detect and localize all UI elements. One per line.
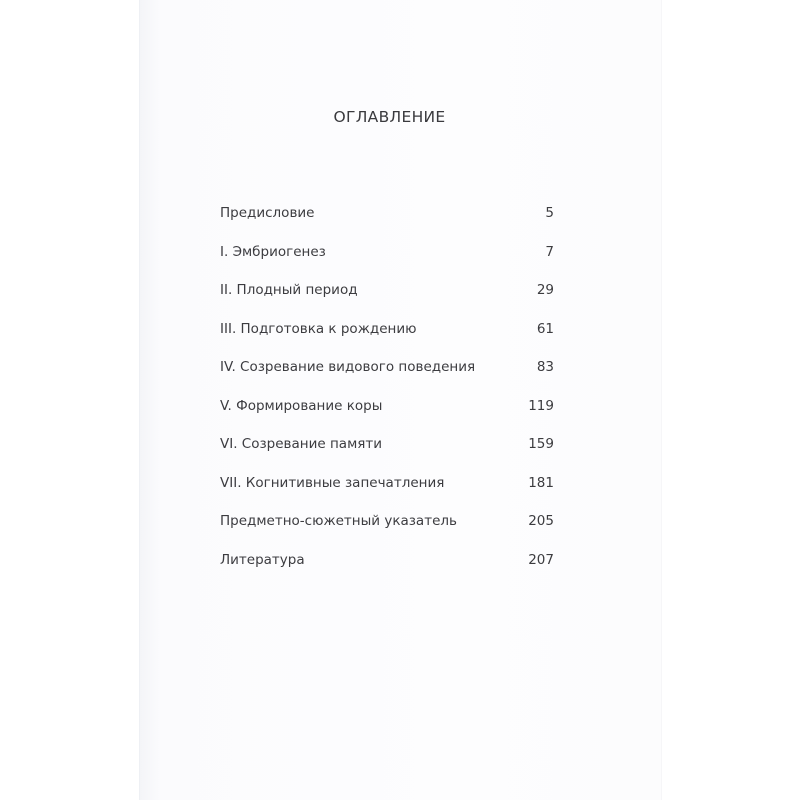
toc-entry-label: Литература <box>220 552 305 568</box>
toc-entry-page-number: 83 <box>537 359 554 375</box>
toc-entry: VI. Созревание памяти 159 <box>220 436 554 475</box>
toc-entry-label: Предисловие <box>220 205 314 221</box>
toc-entry-label: VI. Созревание памяти <box>220 436 382 452</box>
toc-entry-label: IV. Созревание видового поведения <box>220 359 475 375</box>
toc-entry: II. Плодный период 29 <box>220 282 554 321</box>
toc-entry-label: V. Формирование коры <box>220 398 382 414</box>
table-of-contents: Предисловие 5 I. Эмбриогенез 7 II. Плодн… <box>220 205 554 590</box>
toc-entry-page-number: 61 <box>537 321 554 337</box>
toc-entry: III. Подготовка к рождению 61 <box>220 321 554 360</box>
toc-entry-label: Предметно-сюжетный указатель <box>220 513 457 529</box>
toc-entry-label: III. Подготовка к рождению <box>220 321 416 337</box>
toc-entry-page-number: 207 <box>528 552 554 568</box>
toc-entry-page-number: 29 <box>537 282 554 298</box>
toc-entry: VII. Когнитивные запечатления 181 <box>220 475 554 514</box>
toc-entry: Литература 207 <box>220 552 554 591</box>
toc-title: ОГЛАВЛЕНИЕ <box>140 108 661 126</box>
toc-entry-page-number: 205 <box>528 513 554 529</box>
toc-entry: Предметно-сюжетный указатель 205 <box>220 513 554 552</box>
toc-entry: Предисловие 5 <box>220 205 554 244</box>
toc-entry: IV. Созревание видового поведения 83 <box>220 359 554 398</box>
toc-entry-label: I. Эмбриогенез <box>220 244 326 260</box>
toc-entry-page-number: 7 <box>545 244 554 260</box>
toc-entry-label: VII. Когнитивные запечатления <box>220 475 444 491</box>
toc-entry-label: II. Плодный период <box>220 282 358 298</box>
toc-entry-page-number: 5 <box>545 205 554 221</box>
toc-entry: V. Формирование коры 119 <box>220 398 554 437</box>
book-page: ОГЛАВЛЕНИЕ Предисловие 5 I. Эмбриогенез … <box>139 0 662 800</box>
toc-entry: I. Эмбриогенез 7 <box>220 244 554 283</box>
toc-entry-page-number: 159 <box>528 436 554 452</box>
toc-entry-page-number: 119 <box>528 398 554 414</box>
toc-entry-page-number: 181 <box>528 475 554 491</box>
